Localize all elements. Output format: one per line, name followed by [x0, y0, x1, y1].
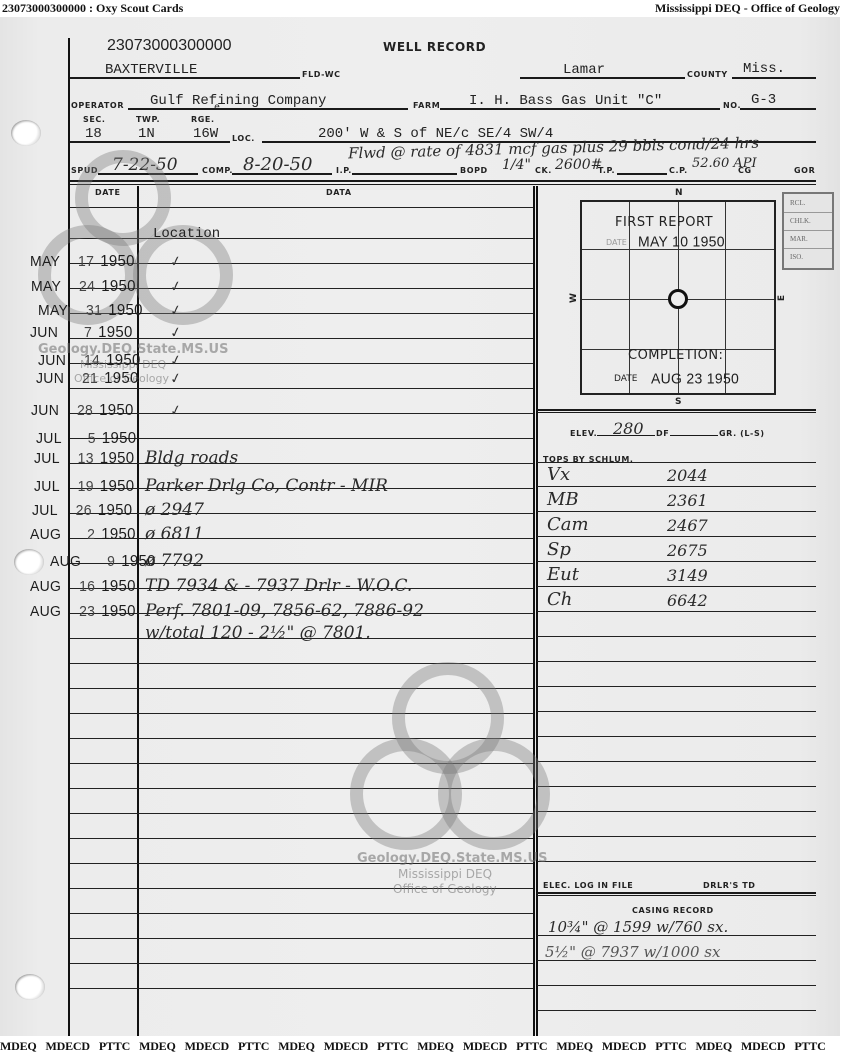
log-date: JUL131950 — [34, 450, 134, 468]
ruled-line — [70, 388, 533, 389]
review-stamp-row: MAR. — [784, 230, 832, 249]
first-report-date: MAY 10 1950 — [638, 233, 725, 250]
footer-item: MDEQ — [278, 1037, 315, 1055]
log-date-month: JUL — [34, 450, 60, 467]
top-formation: Vx — [547, 464, 570, 485]
log-entry-text: Parker Drlg Co, Contr - MIR — [145, 476, 388, 496]
log-date-day: 14 — [66, 352, 100, 369]
footer-item: MDECD — [463, 1037, 507, 1055]
compass-west: W — [569, 293, 579, 303]
log-date: JUL261950 — [32, 502, 132, 520]
header-divider-1 — [70, 180, 816, 182]
top-depth: 2044 — [667, 466, 708, 485]
operator-label: OPERATOR — [71, 101, 124, 110]
watermark-office: Office of Geology — [393, 882, 497, 896]
number-value: G-3 — [751, 92, 776, 108]
log-date-day: 19 — [60, 478, 94, 495]
casing-divider — [537, 892, 816, 894]
log-date-day: 2 — [61, 526, 95, 543]
log-date-year: 1950 — [101, 603, 136, 621]
footer-item: MDEQ — [556, 1037, 593, 1055]
log-entry-text: ø 7792 — [145, 551, 204, 571]
top-formation: Sp — [547, 539, 571, 560]
footer-item: MDEQ — [695, 1037, 732, 1055]
plat-grid-line — [725, 202, 726, 393]
right-panel-divider — [533, 186, 535, 1036]
farm-value: I. H. Bass Gas Unit "C" — [469, 93, 662, 109]
farm-underline — [440, 108, 720, 110]
county-label: COUNTY — [687, 70, 728, 79]
top-depth: 3149 — [667, 566, 708, 585]
cp-label: C.P. — [669, 166, 688, 175]
ip-label: I.P. — [336, 166, 352, 175]
binder-hole-middle — [14, 549, 44, 575]
top-formation: MB — [547, 489, 579, 510]
log-date-day: 31 — [68, 302, 102, 319]
footer-item: PTTC — [238, 1037, 269, 1055]
log-date-month: AUG — [30, 526, 61, 543]
log-entry-text: Perf. 7801-09, 7856-62, 7886-92 — [145, 601, 424, 621]
log-date-month: AUG — [30, 578, 61, 595]
ruled-line — [537, 486, 816, 487]
watermark-agency: Mississippi DEQ — [398, 867, 492, 881]
footer-item: PTTC — [655, 1037, 686, 1055]
tp-label: T.P. — [598, 166, 615, 175]
log-date-year: 1950 — [100, 450, 135, 468]
log-date-day: 13 — [60, 450, 94, 467]
field-label: FLD-WC — [302, 70, 341, 79]
first-report-label: FIRST REPORT — [615, 215, 713, 230]
comp-underline — [232, 173, 332, 175]
tops-label: TOPS BY SCHLUM. — [543, 455, 634, 464]
log-date: JUN211950 — [36, 370, 139, 388]
casing-row: 5½" @ 7937 w/1000 sx — [545, 943, 720, 961]
completion-label: COMPLETION: — [628, 348, 723, 363]
footer-item: PTTC — [377, 1037, 408, 1055]
ruled-line — [537, 811, 816, 812]
ruled-line — [537, 761, 816, 762]
data-column-header: DATA — [326, 188, 352, 197]
first-report-date-label: DATE — [606, 238, 627, 247]
log-date-year: 1950 — [101, 278, 136, 296]
well-id: 23073000300000 — [107, 37, 232, 55]
log-date-year: 1950 — [98, 324, 133, 342]
well-location-marker — [668, 289, 688, 309]
completion-date-label: DATE — [614, 374, 637, 384]
binder-hole-bottom — [15, 974, 45, 1000]
number-label: NO. — [723, 101, 741, 110]
elevation-label: ELEV. — [570, 429, 597, 438]
ruled-line — [70, 963, 533, 964]
header-divider-2 — [70, 184, 816, 185]
ruled-line — [537, 561, 816, 562]
log-date-year: 1950 — [104, 370, 139, 388]
county-value: Lamar — [563, 62, 605, 78]
elec-log-label: ELEC. LOG IN FILE — [543, 881, 633, 890]
comp-label: COMP. — [202, 166, 233, 175]
field-underline — [70, 77, 300, 79]
top-formation: Eut — [547, 564, 579, 585]
log-date: MAY171950 — [30, 253, 135, 271]
twp-value: 1N — [138, 126, 155, 142]
top-formation: Ch — [547, 589, 572, 610]
footer-item: MDECD — [46, 1037, 90, 1055]
log-date-day: 9 — [81, 553, 115, 570]
df-label: DF — [656, 429, 669, 438]
footer-item: PTTC — [794, 1037, 825, 1055]
county-underline — [520, 77, 685, 79]
page-header: 23073000300000 : Oxy Scout Cards Mississ… — [0, 0, 846, 17]
footer-item: PTTC — [516, 1037, 547, 1055]
ruled-line — [70, 463, 533, 464]
log-date-day: 24 — [61, 278, 95, 295]
ruled-line — [537, 836, 816, 837]
log-date-month: JUL — [34, 478, 60, 495]
log-date-year: 1950 — [106, 352, 141, 370]
ruled-line — [537, 711, 816, 712]
ruled-line — [70, 438, 533, 439]
log-date-month: JUL — [32, 502, 58, 519]
number-underline — [740, 108, 816, 110]
log-entry-text: Bldg roads — [145, 448, 238, 468]
operator-underline — [128, 108, 408, 110]
ruled-line — [70, 938, 533, 939]
log-date: JUN141950 — [38, 352, 141, 370]
page-footer: MDEQMDECDPTTCMDEQMDECDPTTCMDEQMDECDPTTCM… — [0, 1037, 846, 1055]
log-date-year: 1950 — [99, 402, 134, 420]
binder-hole-top — [11, 120, 41, 146]
log-date-year: 1950 — [100, 253, 135, 271]
log-date: JUL51950 — [36, 430, 136, 448]
field-value: BAXTERVILLE — [105, 62, 197, 78]
log-entry-text: Location — [153, 226, 220, 242]
casing-divider-2 — [537, 895, 816, 896]
top-formation: Cam — [547, 514, 589, 535]
log-date: JUN71950 — [30, 324, 133, 342]
operator-value: Gulf Refining Company — [150, 93, 326, 109]
ruled-line — [537, 636, 816, 637]
log-date-year: 1950 — [100, 478, 135, 496]
log-date-day: 16 — [61, 578, 95, 595]
top-depth: 2675 — [667, 541, 708, 560]
cg-label: CG — [738, 166, 752, 175]
drlr-td-label: DRLR'S TD — [703, 881, 756, 890]
review-stamp-row: CHLK. — [784, 212, 832, 231]
ruled-line — [70, 988, 533, 989]
review-stamp: RCL. CHLK. MAR. ISO. — [782, 192, 834, 270]
log-date-year: 1950 — [98, 502, 133, 520]
top-depth: 2361 — [667, 491, 708, 510]
agency-title: Mississippi DEQ - Office of Geology — [655, 0, 840, 17]
ip-underline — [352, 173, 457, 175]
log-date: JUL191950 — [34, 478, 134, 496]
casing-row: 10¾" @ 1599 w/760 sx. — [548, 918, 728, 936]
log-date-month: AUG — [50, 553, 81, 570]
state-underline — [732, 77, 816, 79]
log-date-month: JUN — [36, 370, 64, 387]
log-date-year: 1950 — [101, 526, 136, 544]
document-title: 23073000300000 : Oxy Scout Cards — [2, 0, 183, 17]
ruled-line — [537, 1010, 816, 1011]
log-date-year: 1950 — [101, 578, 136, 596]
log-entry-text: TD 7934 & - 7937 Drlr - W.O.C. — [145, 576, 412, 596]
ruled-line — [537, 536, 816, 537]
log-entry-text: ø 6811 — [145, 524, 204, 544]
review-stamp-row: RCL. — [784, 194, 832, 213]
ruled-line — [537, 736, 816, 737]
log-date-month: MAY — [38, 302, 68, 319]
ruled-line — [537, 511, 816, 512]
bopd-label: BOPD — [460, 166, 488, 175]
log-date-year: 1950 — [108, 302, 143, 320]
casing-record-label: CASING RECORD — [632, 906, 714, 915]
log-date-day: 23 — [61, 603, 95, 620]
ruled-line — [537, 586, 816, 587]
ck-value: 2600# — [555, 157, 602, 173]
sec-value: 18 — [85, 126, 102, 142]
footer-item: MDECD — [324, 1037, 368, 1055]
watermark-url: Geology.DEQ.State.MS.US — [357, 851, 547, 866]
ruled-line — [537, 786, 816, 787]
ruled-line — [70, 413, 533, 414]
ck-label: CK. — [535, 166, 552, 175]
compass-north: N — [675, 188, 683, 198]
log-entry-text: ø 2947 — [145, 500, 204, 520]
log-date: MAY311950 — [38, 302, 143, 320]
log-date-month: JUL — [36, 430, 62, 447]
gr-label: GR. (L-S) — [719, 429, 765, 438]
gor-label: GOR — [794, 166, 815, 175]
log-date-month: JUN — [38, 352, 66, 369]
sec-label: SEC. — [83, 115, 106, 124]
card-title: WELL RECORD — [383, 40, 486, 54]
log-date: AUG231950 — [30, 603, 136, 621]
compass-east: E — [777, 295, 787, 301]
log-date-day: 26 — [58, 502, 92, 519]
ruled-line — [70, 913, 533, 914]
log-date-day: 5 — [62, 430, 96, 447]
log-date: JUN281950 — [31, 402, 134, 420]
top-depth: 2467 — [667, 516, 708, 535]
log-date-month: MAY — [30, 253, 60, 270]
log-date-year: 1950 — [102, 430, 137, 448]
ruled-line — [537, 861, 816, 862]
ruled-line — [70, 538, 533, 539]
log-date-day: 21 — [64, 370, 98, 387]
ruled-line — [537, 611, 816, 612]
completion-date: AUG 23 1950 — [651, 370, 739, 387]
log-date-month: AUG — [30, 603, 61, 620]
log-date-month: JUN — [31, 402, 59, 419]
tp-underline — [617, 173, 667, 175]
review-stamp-row: ISO. — [784, 248, 832, 266]
loc-label: LOC. — [232, 134, 255, 143]
ruled-line — [537, 686, 816, 687]
state-value: Miss. — [743, 61, 785, 77]
footer-item: MDECD — [741, 1037, 785, 1055]
twp-label: TWP. — [136, 115, 160, 124]
ruled-line — [70, 338, 533, 339]
bopd-value: 1/4" — [502, 157, 531, 173]
footer-item: MDEQ — [0, 1037, 37, 1055]
log-date: AUG161950 — [30, 578, 136, 596]
farm-label: FARM — [413, 101, 440, 110]
ruled-line — [537, 661, 816, 662]
footer-item: PTTC — [99, 1037, 130, 1055]
log-date-day: 17 — [60, 253, 94, 270]
log-date-month: MAY — [31, 278, 61, 295]
df-underline — [670, 435, 718, 436]
plat-grid-line — [629, 202, 630, 393]
footer-item: MDECD — [602, 1037, 646, 1055]
log-date-month: JUN — [30, 324, 58, 341]
footer-item: MDEQ — [139, 1037, 176, 1055]
plat-bottom-divider — [537, 409, 816, 411]
plat-bottom-divider-2 — [537, 412, 816, 413]
ruled-line — [70, 513, 533, 514]
log-date: MAY241950 — [31, 278, 136, 296]
footer-item: MDEQ — [417, 1037, 454, 1055]
elevation-underline — [597, 435, 655, 436]
top-depth: 6642 — [667, 591, 708, 610]
footer-item: MDECD — [185, 1037, 229, 1055]
sec-underline — [70, 141, 230, 143]
compass-south: S — [675, 397, 681, 407]
comp-value: 8-20-50 — [243, 154, 312, 175]
rge-label: RGE. — [191, 115, 215, 124]
log-date-day: 28 — [59, 402, 93, 419]
log-date: AUG21950 — [30, 526, 136, 544]
watermark-ring-right — [438, 738, 550, 850]
rge-value: 16W — [193, 126, 218, 142]
ruled-line — [537, 985, 816, 986]
log-date: AUG91950 — [50, 553, 156, 571]
log-entry-text: w/total 120 - 2½" @ 7801. — [145, 623, 371, 643]
log-date-day: 7 — [58, 324, 92, 341]
